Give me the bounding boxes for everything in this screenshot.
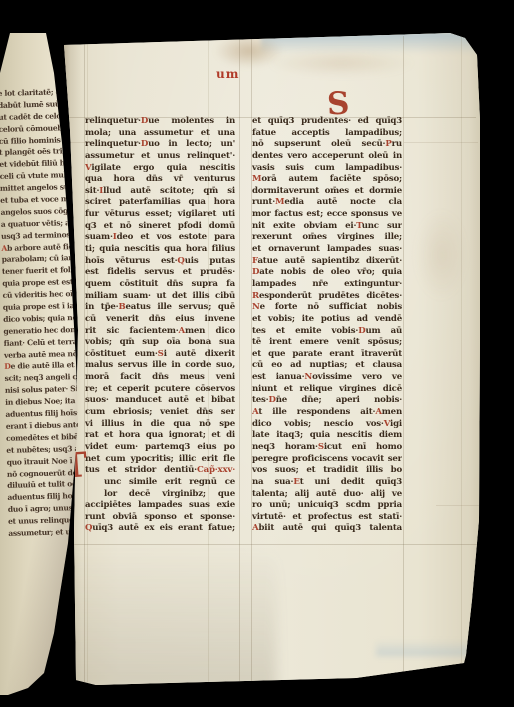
text-line: cū venerit dn̄s eius invene (85, 314, 235, 326)
text-line: suam·Ideo et vos estote para (85, 232, 235, 244)
text-line: tes et emite vobis·Dum aū (252, 326, 402, 338)
ruling-line-horizontal (436, 505, 480, 506)
text-line: fatue acceptis lampadibus; (252, 128, 402, 140)
rubric-text: M (252, 174, 261, 184)
text-line: Fatue autē sapientibz dixerūt· (252, 256, 402, 268)
ruling-line-vertical (461, 36, 462, 686)
rubric-text: R (252, 291, 259, 301)
text-line: Ne forte nō sufficiat nobis (252, 302, 402, 314)
text-line: dormitaverunt om̄es et dormie (252, 186, 402, 198)
text-line: et ornaverunt lampades suas· (252, 244, 402, 256)
rubric-text: N (252, 302, 260, 312)
text-line: unc simile erit regnū ce (85, 477, 235, 489)
text-line: peregre proficiscens vocavit ser (252, 454, 402, 466)
manuscript-page-verso-sliver: e lot claritatē; et stdabūt lumē suū et … (0, 33, 80, 695)
facing-text-line: e lot claritatē; et st (0, 86, 73, 100)
text-line: vobis; qm̄ sup oīa bona sua (85, 337, 235, 349)
text-line: qua hora dn̄s vr̄ venturus (85, 174, 235, 186)
rubric-text: B (118, 302, 125, 312)
text-line: rat et hora qua ignorat; et di (85, 430, 235, 442)
rubric-text: M (275, 197, 284, 207)
text-line: mor factus est; ecce sponsus ve (252, 209, 402, 221)
rubric-text: N (304, 372, 312, 382)
facing-text-line: assumetur; et una re (5, 526, 83, 540)
text-line: est fidelis servus et prudēs· (85, 267, 235, 279)
text-line: dentes vero acceperunt oleū in (252, 151, 402, 163)
text-line: talenta; alij autē duo· alij ve (252, 489, 402, 501)
vellum-stain (266, 50, 416, 76)
text-line: runt obviā sponso et sponse· (85, 512, 235, 524)
text-line: et que parate erant ītraverūt (252, 349, 402, 361)
vellum-stain (214, 34, 284, 68)
text-line: cum ebriosis; veniet dn̄s ser (85, 407, 235, 419)
text-line: ti; quia nescitis qua hora filius (85, 244, 235, 256)
ruling-line-vertical (403, 36, 404, 686)
facing-text-line: et unus relinquetur· (5, 514, 83, 528)
text-line: rexerunt om̄es virgines ille; (252, 232, 402, 244)
ruling-line-vertical (239, 36, 240, 686)
text-line: runt·Media autē nocte cla (252, 197, 402, 209)
text-line: et vobis; ite potius ad vendē (252, 314, 402, 326)
rubric-text: Q (177, 256, 184, 266)
text-line: rit sic facientem·Amen dico (85, 326, 235, 338)
text-line: sit·Illud autē scitote; qm̄ si (85, 186, 235, 198)
text-line: re; et ceperit pcutere cōservos (85, 384, 235, 396)
text-line: suos· manducet autē et bibat (85, 395, 235, 407)
facing-text-line: t plangēt oēs tribus (0, 146, 74, 160)
page-curve-shadow (56, 550, 276, 690)
illuminated-initial-s: S (326, 86, 350, 123)
text-line: accipiētes lampades suas exie (85, 500, 235, 512)
manuscript-photo: um relinquetur·Due molentes inmola; una … (0, 0, 514, 707)
text-line: vi illius in die qua nō spe (85, 419, 235, 431)
text-line: relinquetur·Due molentes in (85, 116, 235, 128)
text-line: lampades nr̄e extinguntur· (252, 279, 402, 291)
text-line: relinquetur·Duo in lecto; un' (85, 139, 235, 151)
vellum-stain (416, 210, 466, 300)
text-line: niunt et relique virgines dicē (252, 384, 402, 396)
text-line: Morā autem faciēte spōso; (252, 174, 402, 186)
text-line: malus servus ille in corde suo, (85, 360, 235, 372)
text-line: Abiit autē qui quīq3 talenta (252, 523, 402, 535)
text-line: neq3 horam·Sicut enī homo (252, 442, 402, 454)
text-line: vasis suis cum lampadibus· (252, 163, 402, 175)
text-column-left: relinquetur·Due molentes inmola; una ass… (85, 116, 235, 535)
text-line: quem cōstituit dn̄s supra fa (85, 279, 235, 291)
text-line: tes·Dn̄e dn̄e; aperi nobis· (252, 395, 402, 407)
facing-text-line: duo ī agro; unus assu (5, 502, 83, 516)
text-line: q3 et nō sineret pfodi domū (85, 221, 235, 233)
text-line: lor decē virginibz; que (85, 489, 235, 501)
text-line: nit exite obviam ei·Tunc sur (252, 221, 402, 233)
text-line: vos suos; et tradidit illis bo (252, 465, 402, 477)
text-line: virtutē· et profectus est statī· (252, 512, 402, 524)
text-line: At ille respondens ait·Amen (252, 407, 402, 419)
text-line: dico vobis; nescio vos·Vigi (252, 419, 402, 431)
text-line: in tp̄e·Beatus ille servus; quē (85, 302, 235, 314)
ruling-line-horizontal (62, 544, 477, 545)
text-line: assumetur et unus relinquet'· (85, 151, 235, 163)
facing-text-line: dabūt lumē suū et stel (0, 98, 73, 112)
rubric-text: Cap̃·xxv· (197, 465, 235, 475)
ruling-line-horizontal (404, 142, 478, 143)
rubric-text: D (268, 395, 275, 405)
text-line: ro unū; unicuiq3 scd̄m ppria (252, 500, 402, 512)
text-line: morā facit dn̄s meus veni (85, 372, 235, 384)
text-line: mola; una assumetur et una (85, 128, 235, 140)
text-line: Quīq3 autē ex eis erant fatue; (85, 523, 235, 535)
text-line: cōstituet eum·Si autē dixerit (85, 349, 235, 361)
running-header: um (216, 68, 239, 80)
text-line: sciret paterfamilias qua hora (85, 197, 235, 209)
facing-text-line: cū filio hominis ī ce (0, 134, 74, 148)
text-line: cū eo ad nuptias; et clausa (252, 360, 402, 372)
text-line: net cum ypocritis; illic erit fle (85, 454, 235, 466)
manuscript-page-recto: um relinquetur·Due molentes inmola; una … (56, 30, 482, 686)
facing-text-line: celorū cōmouebūt (0, 122, 74, 136)
text-line: miliam suam· ut det illis cibū (85, 291, 235, 303)
text-line: hoīs vēturus est·Quis putas (85, 256, 235, 268)
facing-text-line: ut cadēt de celo; et vt (0, 110, 73, 124)
text-line: Vigilate ergo quia nescitis (85, 163, 235, 175)
text-line: nō supserunt oleū secū·Pru (252, 139, 402, 151)
text-column-right: et quīq3 prudentes· ed quīq3fatue accept… (252, 116, 402, 535)
text-line: Date nobis de oleo vr̄o; quia (252, 267, 402, 279)
text-line: Responderūt prudētes dicētes· (252, 291, 402, 303)
text-line: na sua·Et uni dedit quīq3 (252, 477, 402, 489)
text-line: videt eum· partemq3 eius po (85, 442, 235, 454)
text-line: tē irent emere venit spōsus; (252, 337, 402, 349)
text-line: late itaq3; quia nescitis diem (252, 430, 402, 442)
text-line: tus et stridor dentiū·Cap̃·xxv· (85, 465, 235, 477)
text-line: est ianua·Novissime vero ve (252, 372, 402, 384)
text-line: fur vēturus esset; vigilaret uti (85, 209, 235, 221)
